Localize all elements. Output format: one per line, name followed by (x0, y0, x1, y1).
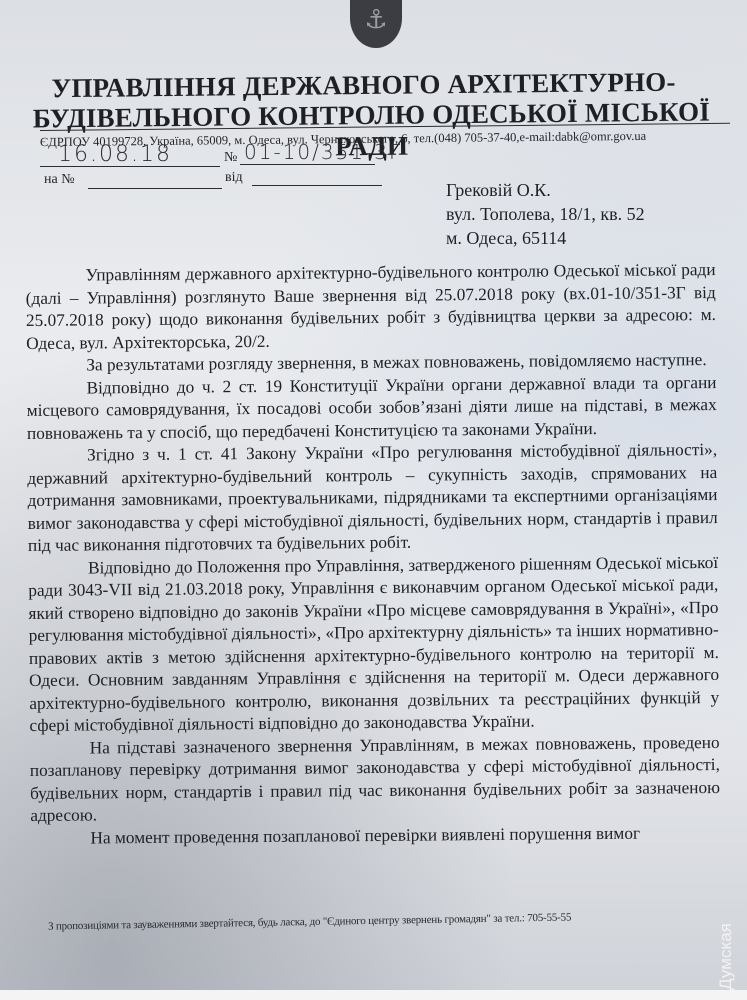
date-underline (40, 166, 220, 167)
outgoing-number-prefix: № (224, 150, 237, 166)
footer-contact-note: З пропозиціями та зауваженнями звертайте… (48, 911, 571, 932)
reference-number-line (88, 188, 222, 189)
reference-number-label: на № (44, 172, 75, 188)
bottom-edge (0, 990, 747, 1000)
watermark-text: Думская (716, 930, 740, 990)
body-paragraph: Згідно з ч. 1 ст. 41 Закону України «Про… (27, 439, 718, 558)
outgoing-number: 01-10/351-3Г (244, 140, 402, 164)
coat-of-arms-icon: ⚓ (350, 0, 402, 48)
body-paragraph: Управлінням державного архітектурно-буді… (25, 259, 716, 355)
recipient-name: Грековій О.К. (446, 180, 551, 201)
anchor-icon: ⚓ (350, 6, 402, 34)
recipient-street: вул. Тополева, 18/1, кв. 52 (446, 204, 645, 225)
reference-date-label: від (225, 170, 243, 186)
letter-page: ⚓ УПРАВЛІННЯ ДЕРЖАВНОГО АРХІТЕКТУРНО- БУ… (0, 0, 747, 1000)
letter-body: Управлінням державного архітектурно-буді… (25, 259, 720, 850)
number-underline (240, 164, 375, 165)
reference-date-line (252, 185, 382, 186)
recipient-city: м. Одеса, 65114 (446, 228, 566, 249)
outgoing-date: 16.08.18 (58, 142, 172, 167)
body-paragraph: На момент проведення позапланової переві… (30, 821, 720, 850)
body-paragraph: Відповідно до ч. 2 ст. 19 Конституції Ук… (26, 371, 717, 445)
body-paragraph: На підставі зазначеного звернення Управл… (30, 731, 721, 827)
body-paragraph: Відповідно до Положення про Управління, … (28, 551, 720, 737)
